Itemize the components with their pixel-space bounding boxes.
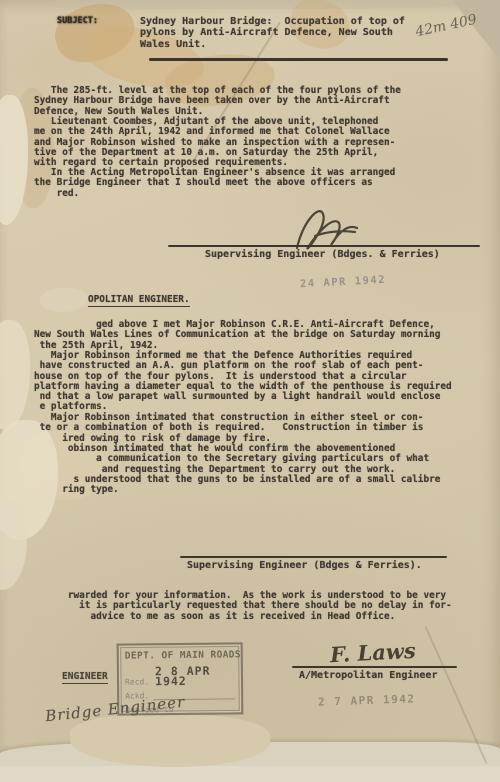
subject-label: SUBJECT: — [57, 16, 98, 26]
memo1-paragraph-1: The 285-ft. level at the top of each of … — [34, 86, 401, 117]
torn-edge-patch — [40, 288, 88, 312]
signature-initials — [285, 202, 375, 252]
subject-underline — [149, 58, 448, 61]
memo1-paragraph-2: Lieutenant Coombes, Adjutant of the abov… — [34, 117, 395, 168]
subject-text: Sydney Harbour Bridge: Occupation of top… — [140, 16, 405, 50]
footer-signature-rule — [292, 666, 457, 668]
stamp-replied-line — [177, 704, 235, 714]
paper-bottom-edge-light — [0, 766, 500, 782]
signature-title-2: Supervising Engineer (Bdges & Ferries). — [187, 561, 422, 571]
file-annotation-handwritten: 42m 409 — [414, 12, 478, 41]
date-stamp-27-apr: 2 7 APR 1942 — [318, 692, 416, 708]
scanned-memo-page: SUBJECT: Sydney Harbour Bridge: Occupati… — [0, 0, 500, 782]
stamp-recd-date: 2 8 APR 1942 — [155, 665, 235, 686]
torn-edge-patch — [0, 500, 27, 590]
memo1-paragraph-3: In the Acting Metropolitan Engineer's ab… — [34, 168, 395, 199]
memo2-paragraph-2: Major Robinson informed me that the Defe… — [34, 351, 452, 413]
signature-rule-2 — [180, 556, 447, 558]
engineer-label: ENGINEER — [62, 672, 108, 684]
memo2-paragraph-5: s understood that the guns to be install… — [34, 475, 440, 496]
date-stamp-24-apr: 24 APR 1942 — [300, 274, 387, 290]
section-heading-metropolitan-engineer: OPOLITAN ENGINEER. — [88, 295, 190, 307]
memo2-paragraph-1: ged above I met Major Robinson C.R.E. An… — [34, 320, 440, 351]
torn-edge-patch — [0, 95, 28, 225]
memo3-paragraph-1: rwarded for your information. As the wor… — [34, 591, 452, 622]
signature-f-laws: F. Laws — [329, 638, 416, 667]
stamp-dept-line: DEPT. OF MAIN ROADS — [125, 649, 235, 661]
stamp-recd-label: Recd. — [125, 677, 149, 686]
acting-metropolitan-engineer-title: A/Metropolitan Engineer — [299, 671, 437, 681]
memo2-paragraph-3: Major Robinson intimated that constructi… — [34, 413, 423, 444]
torn-edge-patch — [0, 320, 30, 430]
memo2-paragraph-4: obinson intimated that he would confirm … — [34, 444, 429, 475]
